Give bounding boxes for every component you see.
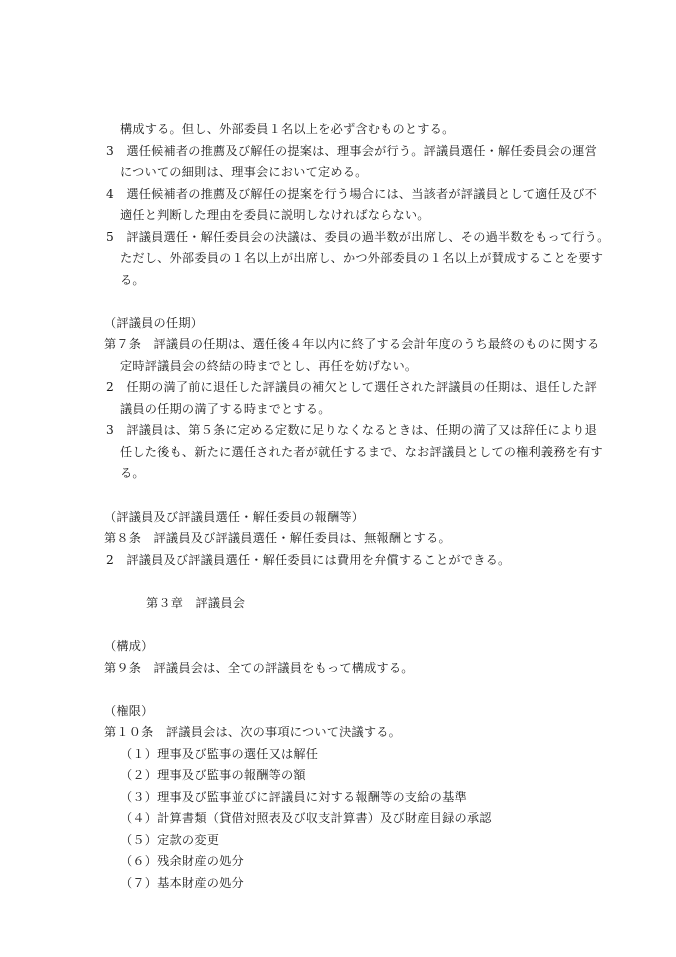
article-9: 第９条 評議員会は、全ての評議員をもって構成する。 — [104, 660, 414, 676]
paragraph-6-5: 5 評議員選任・解任委員会の決議は、委員の過半数が出席し、その過半数をもって行う… — [106, 229, 609, 245]
paragraph-6-5-cont2: る。 — [120, 272, 145, 288]
paragraph-6-3: 3 選任候補者の推薦及び解任の提案は、理事会が行う。評議員選任・解任委員会の運営 — [106, 143, 597, 159]
article-9-heading: （構成） — [104, 638, 154, 654]
paragraph-6-3-cont: についての細則は、理事会において定める。 — [120, 164, 368, 180]
document-page: 構成する。但し、外部委員１名以上を必ず含むものとする。 3 選任候補者の推薦及び… — [0, 0, 676, 957]
paragraph-7-3: 3 評議員は、第５条に定める定数に足りなくなるときは、任期の満了又は辞任により退 — [106, 422, 597, 438]
article-10-heading: （権限） — [104, 703, 154, 719]
chapter-3-title: 第３章 評議員会 — [146, 595, 245, 611]
list-item-1: （１）理事及び監事の選任又は解任 — [120, 746, 318, 762]
article-7-cont: 定時評議員会の終結の時までとし、再任を妨げない。 — [120, 358, 417, 374]
paragraph-7-2-cont: 議員の任期の満了する時までとする。 — [120, 401, 331, 417]
list-item-5: （５）定款の変更 — [120, 832, 219, 848]
article-10: 第１０条 評議員会は、次の事項について決議する。 — [104, 724, 401, 740]
paragraph-6-5-cont: ただし、外部委員の１名以上が出席し、かつ外部委員の１名以上が賛成することを要す — [120, 250, 603, 266]
list-item-3: （３）理事及び監事並びに評議員に対する報酬等の支給の基準 — [120, 789, 467, 805]
article-8-heading: （評議員及び評議員選任・解任委員の報酬等） — [104, 509, 364, 525]
list-item-6: （６）残余財産の処分 — [120, 853, 244, 869]
paragraph-7-3-cont2: る。 — [120, 465, 145, 481]
paragraph-7-3-cont: 任した後も、新たに選任された者が就任するまで、なお評議員としての権利義務を有す — [120, 444, 603, 460]
list-item-7: （７）基本財産の処分 — [120, 875, 244, 891]
list-item-2: （２）理事及び監事の報酬等の額 — [120, 767, 306, 783]
article-7: 第７条 評議員の任期は、選任後４年以内に終了する会計年度のうち最終のものに関する — [104, 336, 600, 352]
paragraph-8-2: 2 評議員及び評議員選任・解任委員には費用を弁償することができる。 — [106, 552, 510, 568]
paragraph-6-4: 4 選任候補者の推薦及び解任の提案を行う場合には、当該者が評議員として適任及び不 — [106, 186, 597, 202]
article-8: 第８条 評議員及び評議員選任・解任委員は、無報酬とする。 — [104, 530, 451, 546]
paragraph-7-2: 2 任期の満了前に退任した評議員の補欠として選任された評議員の任期は、退任した評 — [106, 379, 597, 395]
continuation-line-6-2: 構成する。但し、外部委員１名以上を必ず含むものとする。 — [120, 121, 454, 137]
article-7-heading: （評議員の任期） — [104, 315, 203, 331]
list-item-4: （４）計算書類（貸借対照表及び収支計算書）及び財産目録の承認 — [120, 810, 492, 826]
paragraph-6-4-cont: 適任と判断した理由を委員に説明しなければならない。 — [120, 207, 430, 223]
